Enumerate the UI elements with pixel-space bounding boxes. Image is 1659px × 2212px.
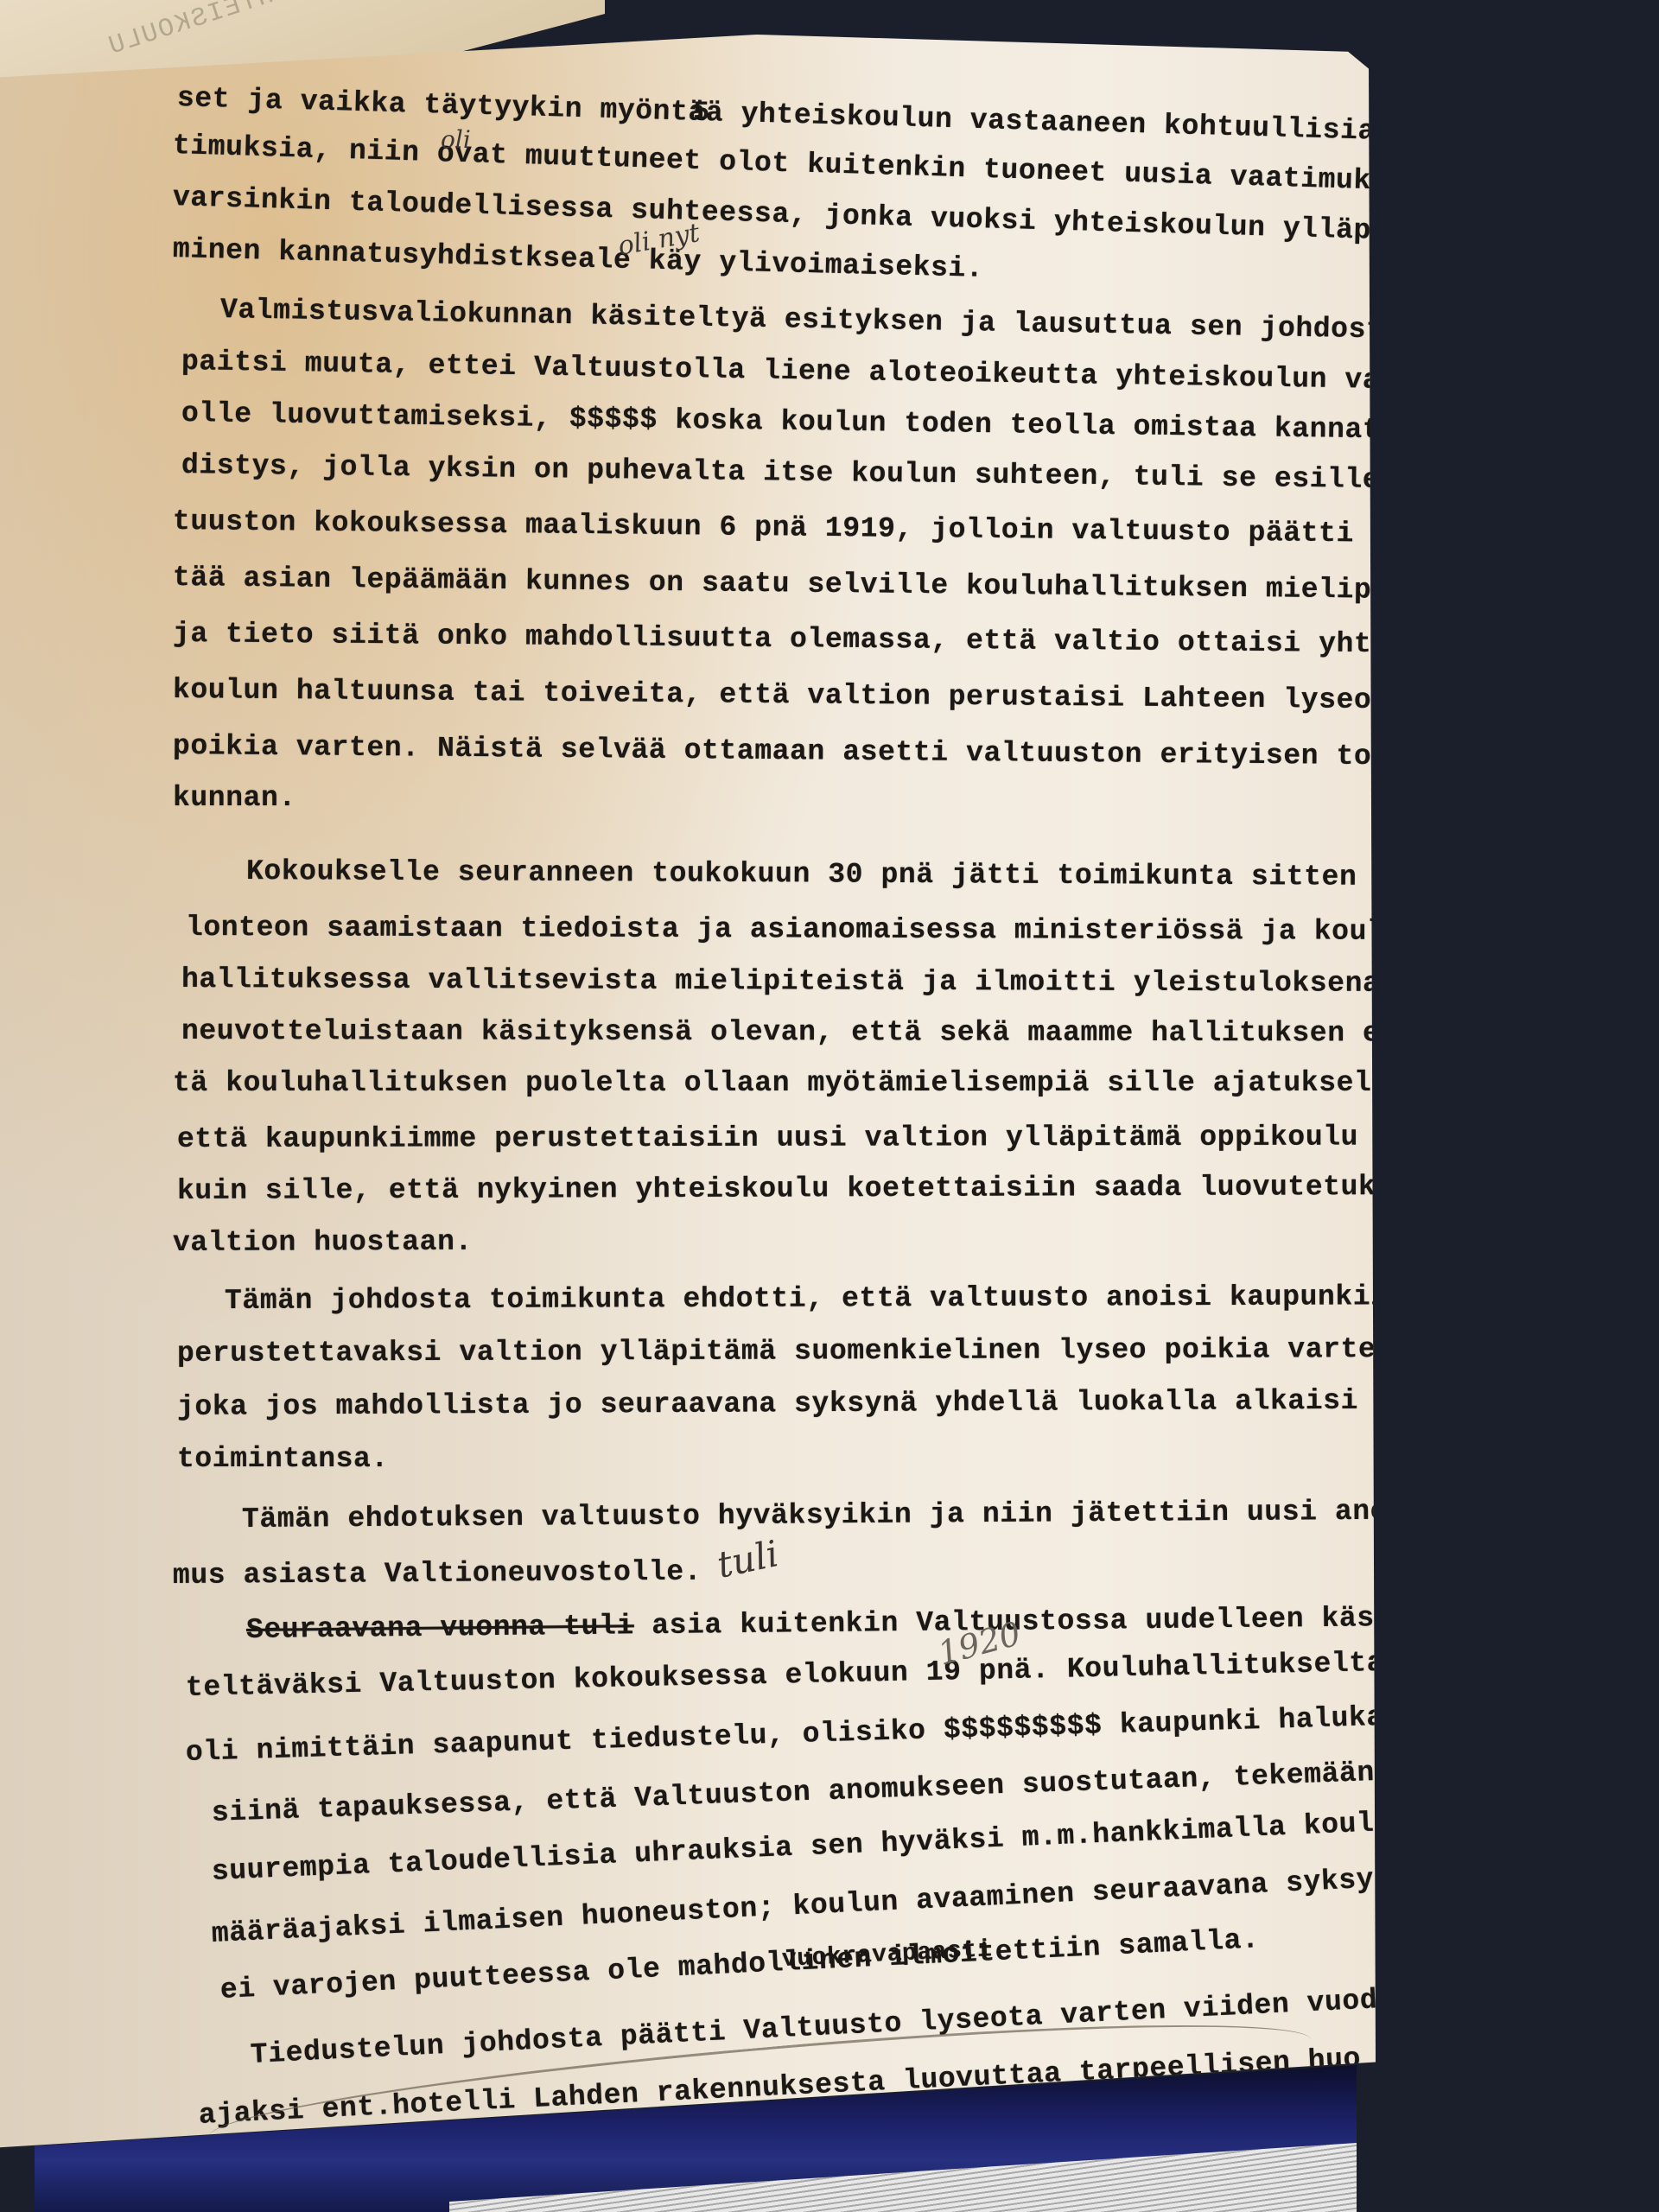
typed-line: kuin sille, että nykyinen yhteiskoulu ko… bbox=[177, 1171, 1411, 1207]
line-text: olle luovuttamiseksi, $$$$$ koska koulun… bbox=[181, 397, 1469, 448]
line-text: lonteon saamistaan tiedoista ja asianoma… bbox=[186, 912, 1420, 948]
typed-line: teltäväksi Valtuuston kokouksessa elokuu… bbox=[186, 1647, 1385, 1704]
document-page: 5 set ja vaikka täytyykin myöntää yhteis… bbox=[0, 35, 1376, 2169]
line-text: tä kouluhallituksen puolelta ollaan myöt… bbox=[173, 1067, 1425, 1099]
line-text: Valmistusvaliokunnan käsiteltyä esitykse… bbox=[220, 294, 1402, 346]
typed-line: paitsi muuta, ettei Valtuustolla liene a… bbox=[181, 346, 1451, 397]
typed-line: Valmistusvaliokunnan käsiteltyä esitykse… bbox=[220, 294, 1402, 346]
typed-line: valtion huostaan. bbox=[173, 1226, 473, 1259]
line-text: tuuston kokouksessa maaliskuun 6 pnä 191… bbox=[173, 505, 1442, 550]
photo-scene: YHTEISKOULU 5 set ja vaikka täytyykin my… bbox=[0, 0, 1659, 2212]
struck-text: Seuraavana vuonna tuli bbox=[246, 1610, 634, 1646]
line-text: hallituksessa vallitsevista mielipiteist… bbox=[181, 963, 1381, 1000]
typed-line: tää asian lepäämään kunnes on saatu selv… bbox=[173, 562, 1425, 607]
line-text: paitsi muuta, ettei Valtuustolla liene a… bbox=[181, 346, 1451, 397]
typed-line: perustettavaksi valtion ylläpitämä suome… bbox=[177, 1333, 1411, 1370]
typed-line: Kokoukselle seuranneen toukokuun 30 pnä … bbox=[246, 855, 1427, 893]
line-text: mus asiasta Valtioneuvostolle. bbox=[173, 1556, 702, 1592]
typed-line: lonteon saamistaan tiedoista ja asianoma… bbox=[186, 912, 1420, 948]
typed-line: että kaupunkiimme perustettaisiin uusi v… bbox=[177, 1122, 1358, 1155]
line-text: toimintansa. bbox=[177, 1443, 389, 1475]
line-text: joka jos mahdollista jo seuraavana syksy… bbox=[177, 1385, 1358, 1423]
typed-line: tuuston kokouksessa maaliskuun 6 pnä 191… bbox=[173, 505, 1442, 550]
typed-line: neuvotteluistaan käsityksensä olevan, et… bbox=[181, 1015, 1415, 1049]
line-text: kunnan. bbox=[173, 782, 296, 814]
line-text: koulun haltuunsa tai toiveita, että valt… bbox=[173, 674, 1389, 716]
typed-line: minen kannatusyhdistkseale käy ylivoimai… bbox=[173, 233, 984, 285]
handwritten-note-tuli: tuli bbox=[714, 1532, 782, 1586]
line-text: distys, jolla yksin on puhevalta itse ko… bbox=[181, 449, 1469, 497]
typed-line: toimintansa. bbox=[177, 1443, 389, 1475]
line-text: ja tieto siitä onko mahdollisuutta olema… bbox=[173, 618, 1442, 661]
line-text: neuvotteluistaan käsityksensä olevan, et… bbox=[181, 1015, 1415, 1049]
line-text: valtion huostaan. bbox=[173, 1226, 473, 1259]
line-text: Kokoukselle seuranneen toukokuun 30 pnä … bbox=[246, 855, 1427, 893]
typed-line: Seuraavana vuonna tuli asia kuitenkin Va… bbox=[246, 1602, 1410, 1646]
typed-line: oli nimittäin saapunut tiedustelu, olisi… bbox=[185, 1700, 1402, 1769]
typed-line: distys, jolla yksin on puhevalta itse ko… bbox=[181, 449, 1469, 497]
typed-line: joka jos mahdollista jo seuraavana syksy… bbox=[177, 1385, 1358, 1423]
typed-line: Tämän ehdotuksen valtuusto hyväksyikin j… bbox=[242, 1496, 1406, 1535]
line-text: kuin sille, että nykyinen yhteiskoulu ko… bbox=[177, 1171, 1411, 1207]
line-text: Tämän ehdotuksen valtuusto hyväksyikin j… bbox=[242, 1496, 1406, 1535]
typed-line: ja tieto siitä onko mahdollisuutta olema… bbox=[173, 618, 1442, 661]
handwritten-note-oli: oli bbox=[441, 125, 471, 154]
mirrored-bleed-text: YHTEISKOULU bbox=[104, 0, 294, 62]
line-text: teltäväksi Valtuuston kokouksessa elokuu… bbox=[186, 1647, 1385, 1704]
line-text: Tämän johdosta toimikunta ehdotti, että … bbox=[225, 1281, 1406, 1317]
line-text: asia kuitenkin Valtuustossa uudelleen kä… bbox=[634, 1602, 1410, 1642]
typed-line: kunnan. bbox=[173, 782, 296, 814]
typed-line: tä kouluhallituksen puolelta ollaan myöt… bbox=[173, 1067, 1425, 1099]
typed-line: hallituksessa vallitsevista mielipiteist… bbox=[181, 963, 1381, 1000]
line-text: poikia varten. Näistä selvää ottamaan as… bbox=[173, 730, 1442, 773]
line-text: että kaupunkiimme perustettaisiin uusi v… bbox=[177, 1122, 1358, 1155]
typed-line: poikia varten. Näistä selvää ottamaan as… bbox=[173, 730, 1442, 773]
line-text: minen kannatusyhdistkseale käy ylivoimai… bbox=[173, 233, 984, 285]
typed-line: mus asiasta Valtioneuvostolle. bbox=[173, 1556, 702, 1592]
typed-line: koulun haltuunsa tai toiveita, että valt… bbox=[173, 674, 1389, 716]
typed-line: olle luovuttamiseksi, $$$$$ koska koulun… bbox=[181, 397, 1469, 448]
typed-line: Tämän johdosta toimikunta ehdotti, että … bbox=[225, 1281, 1406, 1317]
dark-background bbox=[1378, 0, 1659, 2212]
line-text: tää asian lepäämään kunnes on saatu selv… bbox=[173, 562, 1425, 607]
line-text: perustettavaksi valtion ylläpitämä suome… bbox=[177, 1333, 1411, 1370]
line-text: oli nimittäin saapunut tiedustelu, olisi… bbox=[185, 1700, 1402, 1769]
